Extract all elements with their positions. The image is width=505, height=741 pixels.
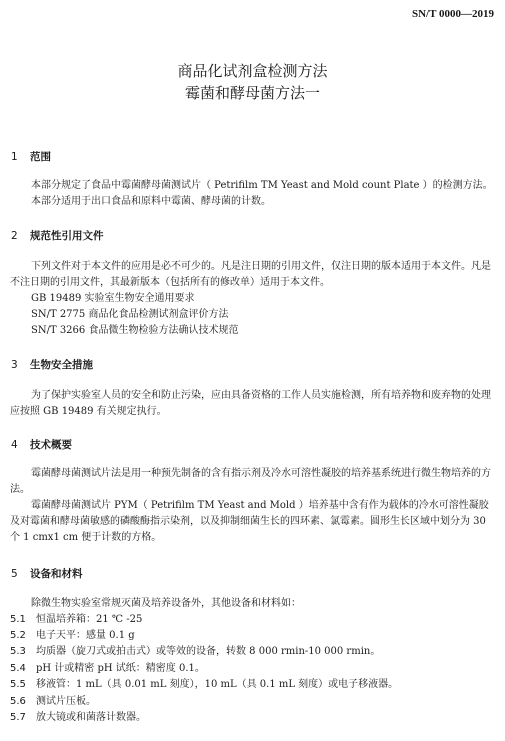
section-number: 3 [11, 359, 30, 371]
paragraph: 为了保护实验室人员的安全和防止污染，应由具备资格的工作人员实施检测，所有培养物和… [10, 388, 496, 420]
section-number: 2 [11, 230, 30, 242]
equipment-item: 5.4pH 计或精密 pH 试纸：精密度 0.1。 [10, 661, 205, 677]
item-text: 均质器（旋刀式或拍击式）或等效的设备，转数 8 000 rmin-10 000 … [36, 646, 380, 657]
item-number: 5.7 [10, 710, 36, 726]
section-title: 范围 [30, 151, 51, 163]
equipment-item: 5.3均质器（旋刀式或拍击式）或等效的设备，转数 8 000 rmin-10 0… [10, 644, 380, 660]
equipment-item: 5.6测试片压板。 [10, 694, 96, 710]
item-text: 移液管：1 mL（具 0.01 mL 刻度），10 mL（具 0.1 mL 刻度… [36, 679, 398, 690]
section-heading-equipment: 5设备和材料 [11, 566, 83, 581]
paragraph: 本部分规定了食品中霉菌酵母菌测试片（ Petrifilm TM Yeast an… [10, 178, 496, 194]
reference-item: SN/T 2775 商品化食品检测试剂盒评价方法 [31, 307, 228, 323]
section-heading-scope: 1范围 [11, 149, 51, 164]
item-text: 恒温培养箱：21 ℃ -25 [36, 614, 142, 625]
section-number: 4 [11, 439, 30, 451]
item-number: 5.3 [10, 644, 36, 660]
equipment-item: 5.5移液管：1 mL（具 0.01 mL 刻度），10 mL（具 0.1 mL… [10, 677, 398, 693]
paragraph: 下列文件对于本文件的应用是必不可少的。凡是注日期的引用文件，仅注日期的版本适用于… [10, 259, 496, 291]
item-number: 5.4 [10, 661, 36, 677]
section-number: 5 [11, 568, 30, 580]
standard-code: SN/T 0000—2019 [412, 8, 494, 20]
section-heading-normative-references: 2规范性引用文件 [11, 228, 104, 243]
item-text: 测试片压板。 [36, 696, 96, 707]
item-text: 放大镜或和菌落计数器。 [36, 712, 146, 723]
paragraph: 除微生物实验室常规灭菌及培养设备外，其他设备和材料如： [10, 596, 496, 612]
paragraph: 霉菌酵母菌测试片法是用一种预先制备的含有指示剂及冷水可溶性凝胶的培养基系统进行微… [10, 466, 496, 498]
reference-item: SN/T 3266 食品微生物检验方法确认技术规范 [31, 323, 238, 339]
item-text: pH 计或精密 pH 试纸：精密度 0.1。 [36, 663, 205, 674]
equipment-item: 5.7放大镜或和菌落计数器。 [10, 710, 146, 726]
section-heading-biosafety: 3生物安全措施 [11, 357, 93, 372]
item-number: 5.1 [10, 612, 36, 628]
item-text: 电子天平：感量 0.1 g [36, 630, 135, 641]
paragraph: 本部分适用于出口食品和原料中霉菌、酵母菌的计数。 [10, 194, 496, 210]
reference-item: GB 19489 实验室生物安全通用要求 [31, 291, 195, 307]
section-heading-technical-summary: 4技术概要 [11, 437, 72, 452]
document-title-line1: 商品化试剂盒检测方法 [0, 60, 505, 81]
section-title: 设备和材料 [30, 568, 83, 580]
equipment-item: 5.1恒温培养箱：21 ℃ -25 [10, 612, 142, 628]
section-number: 1 [11, 151, 30, 163]
section-title: 技术概要 [30, 439, 72, 451]
item-number: 5.6 [10, 694, 36, 710]
item-number: 5.5 [10, 677, 36, 693]
item-number: 5.2 [10, 628, 36, 644]
equipment-item: 5.2电子天平：感量 0.1 g [10, 628, 135, 644]
section-title: 生物安全措施 [30, 359, 93, 371]
document-title-line2: 霉菌和酵母菌方法一 [0, 82, 505, 103]
paragraph: 霉菌酵母菌测试片 PYM（ Petrifilm TM Yeast and Mol… [10, 498, 496, 546]
section-title: 规范性引用文件 [30, 230, 104, 242]
